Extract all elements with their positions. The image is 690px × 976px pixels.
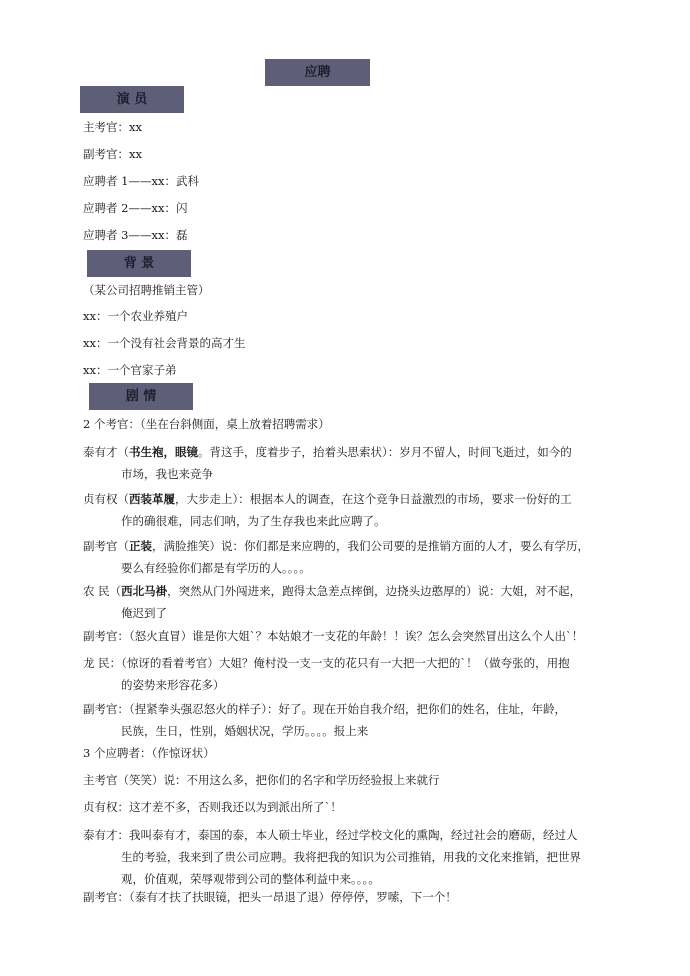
- paragraph-text: 3 个应聘者：（作惊讶状）: [83, 742, 628, 764]
- speaker: 副考官（: [83, 539, 129, 553]
- plot-paragraph: 泰有才（书生袍，眼镜。背这手，度着步子，抬着头思索状）：岁月不留人，时间飞逝过，…: [83, 441, 628, 485]
- paragraph-first-line: 泰有才（书生袍，眼镜。背这手，度着步子，抬着头思索状）：岁月不留人，时间飞逝过，…: [83, 441, 628, 463]
- section-heading-plot: 剧 情: [89, 383, 193, 410]
- plot-paragraph: 龙 民：（惊讶的看着考官）大姐？俺村没一支一支的花只有一大把一大把的`！（做夸张…: [83, 652, 628, 696]
- costume-note: 西装革履: [129, 492, 175, 506]
- background-line: xx：一个没有社会背景的高才生: [83, 335, 245, 352]
- paragraph-continuation: 要么有经验你们都是有学历的人。。。。: [83, 557, 628, 579]
- cast-line: 应聘者 3——xx：磊: [83, 227, 187, 244]
- costume-note: 西北马褂: [121, 584, 167, 598]
- background-line: （某公司招聘推销主管）: [83, 282, 210, 299]
- speaker: 泰有才（: [83, 445, 129, 459]
- paragraph-continuation: 俺迟到了: [83, 602, 628, 624]
- paragraph-text: 副考官：（怒火直冒）谁是你大姐`？本姑娘才一支花的年龄！！诶？怎么会突然冒出这么…: [83, 625, 628, 647]
- paragraph-text: 泰有才：我叫泰有才，泰国的泰，本人硕士毕业，经过学校文化的熏陶，经过社会的磨砺，…: [83, 824, 628, 846]
- paragraph-text: 主考官（笑笑）说：不用这么多，把你们的名字和学历经验报上来就行: [83, 769, 628, 791]
- costume-note: 正装: [129, 539, 152, 553]
- document-title: 应聘: [265, 59, 370, 86]
- paragraph-continuation: 生的考验，我来到了贵公司应聘。我将把我的知识为公司推销，用我的文化来推销，把世界: [83, 846, 628, 868]
- paragraph-continuation: 市场，我也来竞争: [83, 463, 628, 485]
- cast-line: 副考官：xx: [83, 146, 142, 163]
- plot-paragraph: 主考官（笑笑）说：不用这么多，把你们的名字和学历经验报上来就行: [83, 769, 628, 791]
- cast-line: 主考官：xx: [83, 119, 142, 136]
- cast-line: 应聘者 2——xx：闪: [83, 200, 187, 217]
- document-page: 应聘 演 员 主考官：xx 副考官：xx 应聘者 1——xx：武科 应聘者 2—…: [0, 0, 690, 976]
- paragraph-continuation: 作的确很难，同志们呐，为了生存我也来此应聘了。: [83, 510, 628, 532]
- plot-paragraph: 农 民（西北马褂，突然从门外闯进来，跑得太急差点摔倒，边挠头边憨厚的）说：大姐，…: [83, 580, 628, 624]
- costume-note: 书生袍，眼镜: [129, 445, 198, 459]
- paragraph-continuation: 民族，生日，性别，婚姻状况，学历。。。。报上来: [83, 720, 628, 742]
- cast-line: 应聘者 1——xx：武科: [83, 173, 199, 190]
- plot-paragraph: 3 个应聘者：（作惊讶状）: [83, 742, 628, 764]
- plot-paragraph: 2 个考官：（坐在台斜侧面，桌上放着招聘需求）: [83, 413, 628, 435]
- paragraph-text: 龙 民：（惊讶的看着考官）大姐？俺村没一支一支的花只有一大把一大把的`！（做夸张…: [83, 652, 628, 674]
- plot-paragraph: 泰有才：我叫泰有才，泰国的泰，本人硕士毕业，经过学校文化的熏陶，经过社会的磨砺，…: [83, 824, 628, 890]
- section-heading-background: 背 景: [87, 250, 191, 277]
- plot-paragraph: 副考官：（泰有才扶了扶眼镜，把头一昂退了退）停停停，罗嗦，下一个！: [83, 886, 628, 908]
- paragraph-text: 2 个考官：（坐在台斜侧面，桌上放着招聘需求）: [83, 413, 628, 435]
- dialogue: ，突然从门外闯进来，跑得太急差点摔倒，边挠头边憨厚的）说：大姐，对不起，: [167, 584, 581, 598]
- dialogue: ，满脸推笑）说：你们都是来应聘的，我们公司要的是推销方面的人才，要么有学历，: [152, 539, 589, 553]
- paragraph-first-line: 农 民（西北马褂，突然从门外闯进来，跑得太急差点摔倒，边挠头边憨厚的）说：大姐，…: [83, 580, 628, 602]
- speaker: 贞有权（: [83, 492, 129, 506]
- plot-paragraph: 副考官：（怒火直冒）谁是你大姐`？本姑娘才一支花的年龄！！诶？怎么会突然冒出这么…: [83, 625, 628, 647]
- paragraph-text: 副考官：（捏紧拳头强忍怒火的样子）：好了。现在开始自我介绍，把你们的姓名，住址，…: [83, 698, 628, 720]
- background-line: xx：一个农业养殖户: [83, 308, 188, 325]
- paragraph-continuation: 的姿势来形容花多）: [83, 674, 628, 696]
- plot-paragraph: 贞有权（西装革履，大步走上）：根据本人的调查，在这个竞争日益激烈的市场，要求一份…: [83, 488, 628, 532]
- dialogue: ，大步走上）：根据本人的调查，在这个竞争日益激烈的市场，要求一份好的工: [175, 492, 572, 506]
- paragraph-text: 副考官：（泰有才扶了扶眼镜，把头一昂退了退）停停停，罗嗦，下一个！: [83, 886, 628, 908]
- section-heading-cast: 演 员: [80, 86, 184, 113]
- paragraph-text: 贞有权：这才差不多，否则我还以为到派出所了`！: [83, 796, 628, 818]
- speaker: 农 民（: [83, 584, 121, 598]
- plot-paragraph: 副考官：（捏紧拳头强忍怒火的样子）：好了。现在开始自我介绍，把你们的姓名，住址，…: [83, 698, 628, 742]
- plot-paragraph: 副考官（正装，满脸推笑）说：你们都是来应聘的，我们公司要的是推销方面的人才，要么…: [83, 535, 628, 579]
- dialogue: 。背这手，度着步子，抬着头思索状）：岁月不留人，时间飞逝过，如今的: [198, 445, 572, 459]
- plot-paragraph: 贞有权：这才差不多，否则我还以为到派出所了`！: [83, 796, 628, 818]
- paragraph-first-line: 贞有权（西装革履，大步走上）：根据本人的调查，在这个竞争日益激烈的市场，要求一份…: [83, 488, 628, 510]
- paragraph-first-line: 副考官（正装，满脸推笑）说：你们都是来应聘的，我们公司要的是推销方面的人才，要么…: [83, 535, 628, 557]
- background-line: xx：一个官家子弟: [83, 362, 176, 379]
